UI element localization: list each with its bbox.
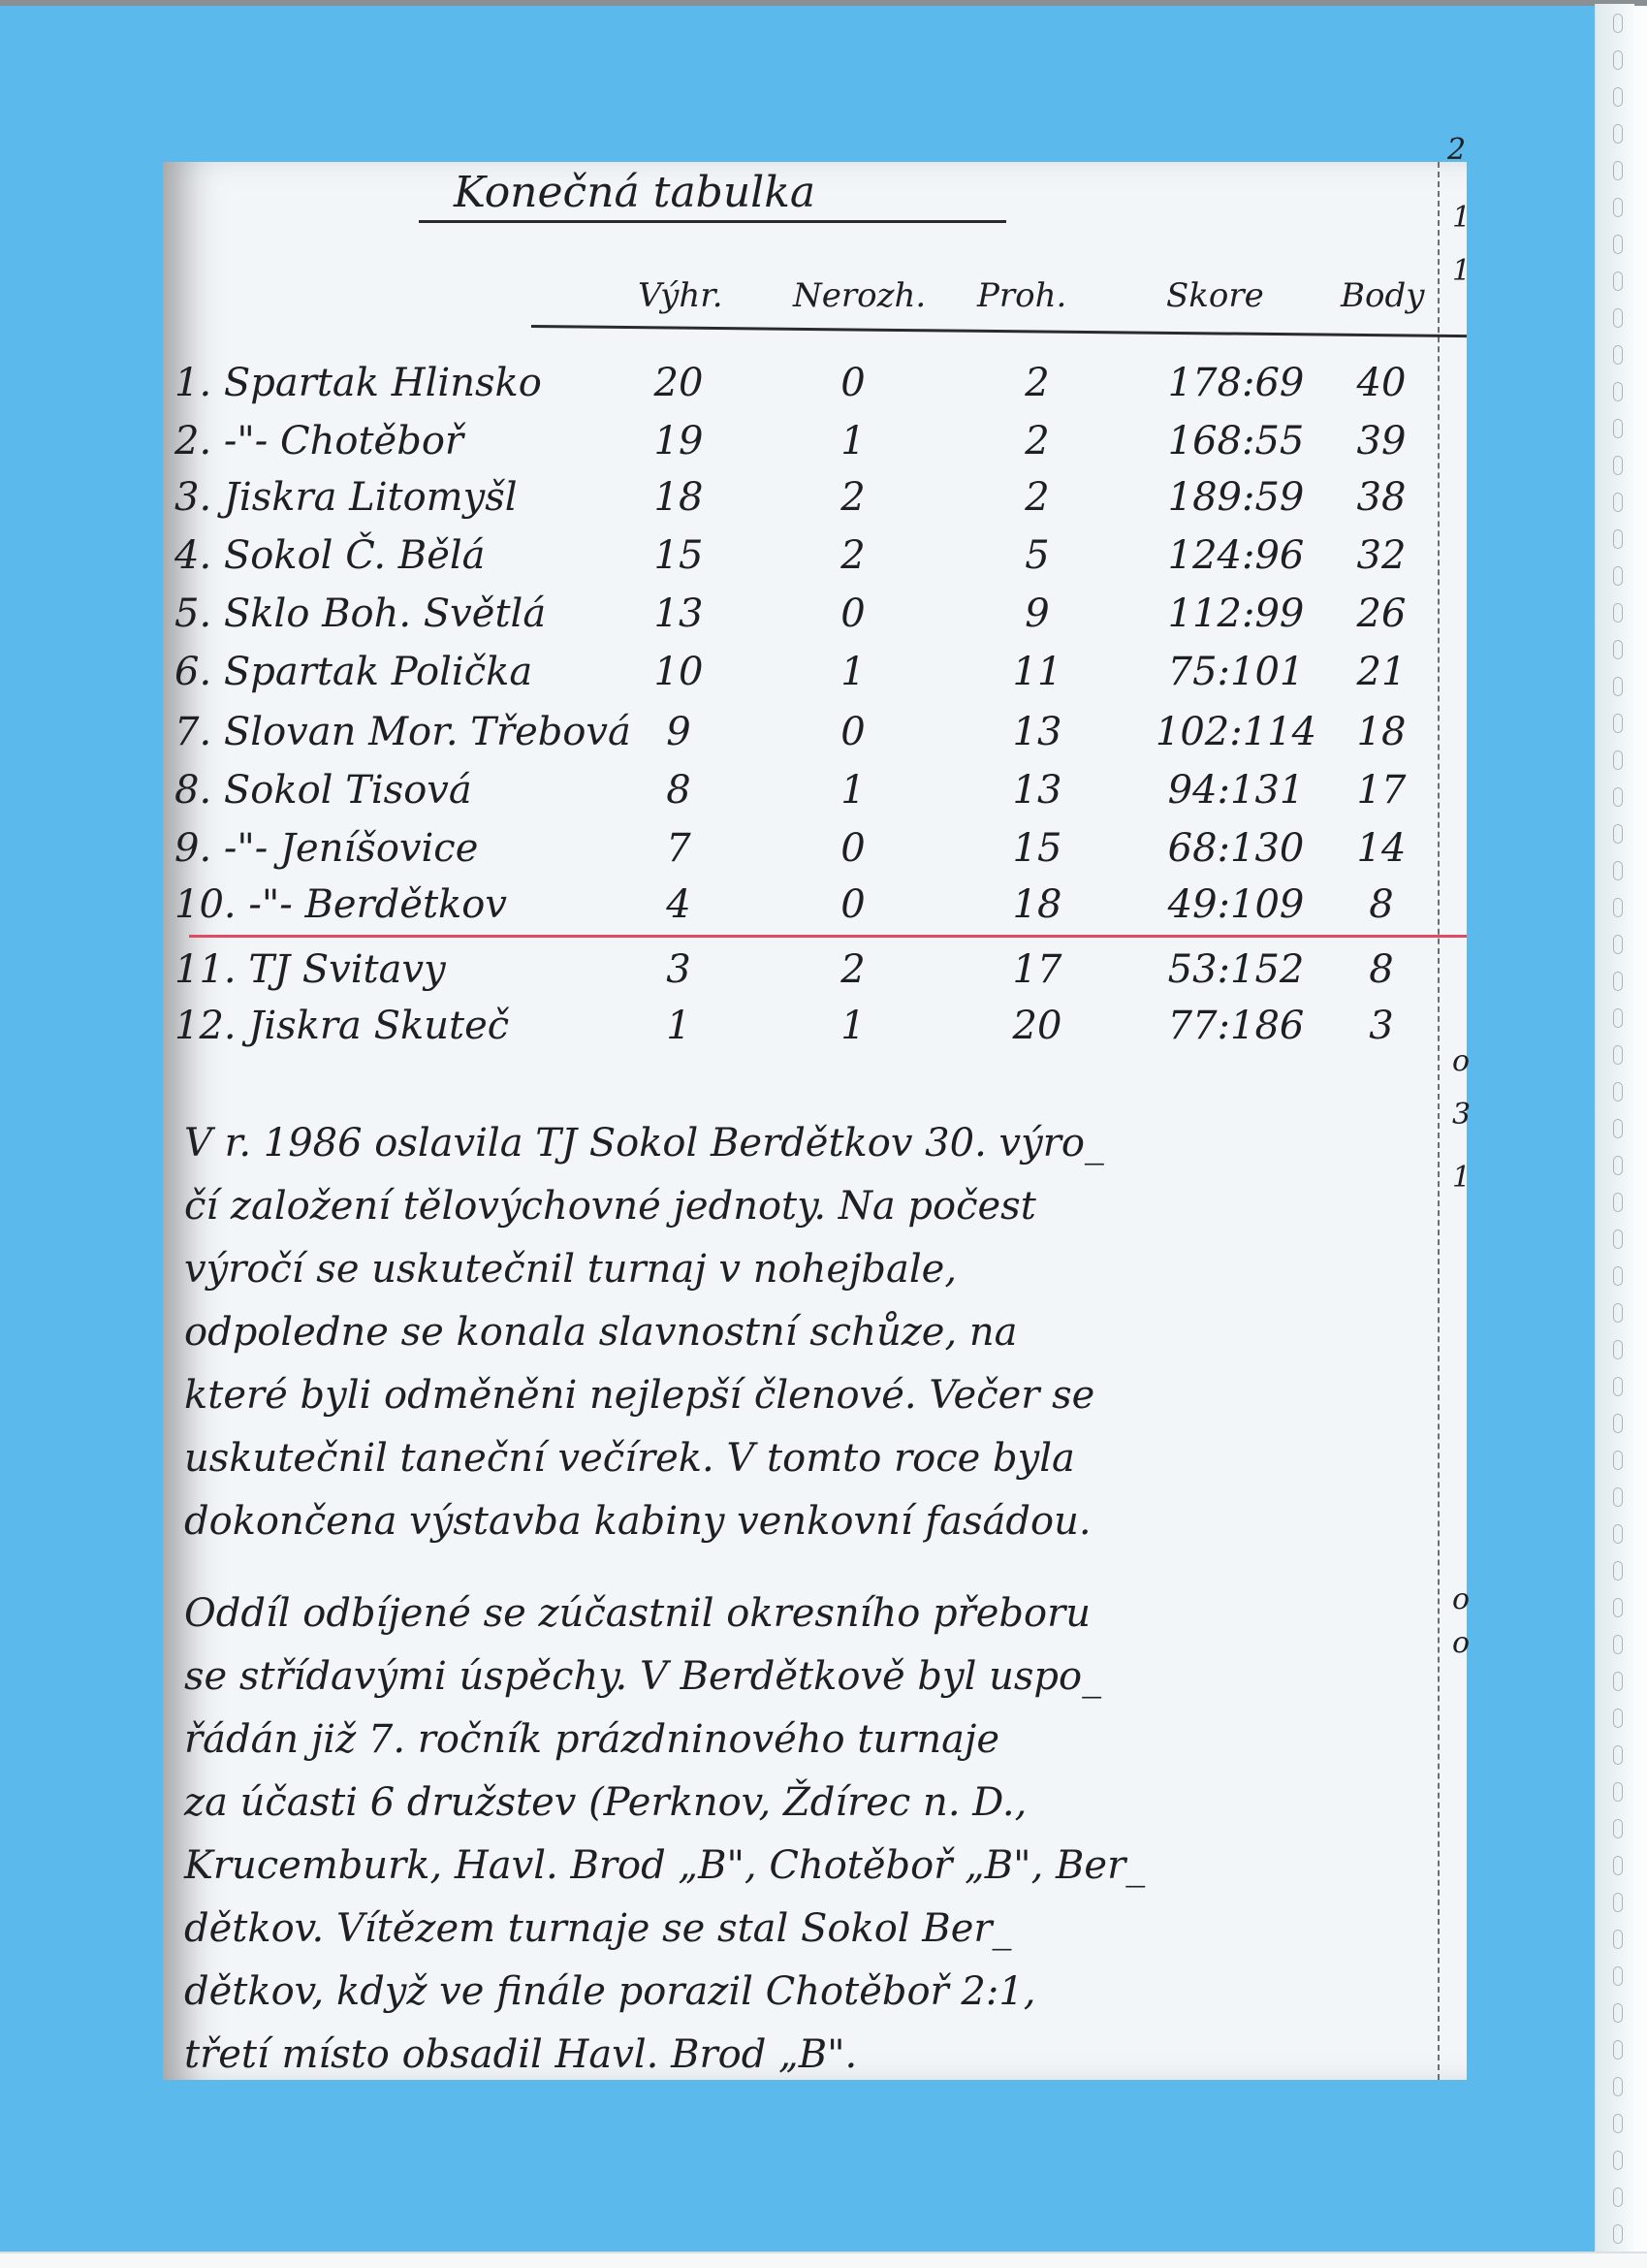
losses-cell: 20 bbox=[1003, 1004, 1071, 1048]
text-line: Oddíl odbíjené se zúčastnil okresního př… bbox=[184, 1582, 1145, 1645]
wins-cell: 9 bbox=[649, 710, 708, 754]
title-underline bbox=[419, 220, 1006, 223]
sleeve-hole bbox=[1613, 198, 1623, 217]
sleeve-hole bbox=[1613, 1856, 1623, 1875]
score-cell: 77:186 bbox=[1154, 1004, 1318, 1048]
paragraph-anniversary: V r. 1986 oslavila TJ Sokol Berdětkov 30… bbox=[184, 1112, 1104, 1553]
score-cell: 49:109 bbox=[1154, 882, 1318, 927]
scanner-bottom-edge bbox=[0, 2252, 1647, 2268]
sleeve-hole bbox=[1613, 308, 1623, 328]
points-cell: 40 bbox=[1347, 361, 1415, 405]
sleeve-hole bbox=[1613, 566, 1623, 586]
sleeve-hole bbox=[1613, 1893, 1623, 1912]
scanner-edge bbox=[0, 0, 1647, 6]
points-cell: 26 bbox=[1347, 591, 1415, 636]
sleeve-hole bbox=[1613, 751, 1623, 770]
losses-cell: 11 bbox=[1003, 650, 1071, 694]
header-underline bbox=[531, 325, 1467, 337]
losses-cell: 18 bbox=[1003, 882, 1071, 927]
score-cell: 124:96 bbox=[1154, 533, 1318, 578]
draws-cell: 0 bbox=[824, 882, 882, 927]
sleeve-hole bbox=[1613, 14, 1623, 33]
losses-cell: 2 bbox=[1003, 419, 1071, 463]
sleeve-hole bbox=[1613, 1266, 1623, 1286]
wins-cell: 10 bbox=[649, 650, 708, 694]
sleeve-hole bbox=[1613, 1930, 1623, 1949]
text-line: dětkov, když ve finále porazil Chotěboř … bbox=[184, 1961, 1145, 2024]
margin-fragment: 1 bbox=[1452, 201, 1471, 235]
sleeve-hole bbox=[1613, 972, 1623, 991]
margin-fragment: 3 bbox=[1452, 1098, 1471, 1132]
table-row: 12. Jiskra Skuteč112077:1863 bbox=[174, 1004, 1435, 1062]
draws-cell: 0 bbox=[824, 591, 882, 636]
text-line: dokončena výstavba kabiny venkovní fasád… bbox=[184, 1490, 1104, 1553]
sleeve-hole bbox=[1613, 1635, 1623, 1654]
sleeve-hole bbox=[1613, 824, 1623, 844]
score-cell: 75:101 bbox=[1154, 650, 1318, 694]
sleeve-hole bbox=[1613, 2003, 1623, 2023]
sleeve-hole bbox=[1613, 1451, 1623, 1470]
table-row: 2. -"- Chotěboř1912168:5539 bbox=[174, 419, 1435, 477]
points-cell: 38 bbox=[1347, 475, 1415, 520]
wins-cell: 7 bbox=[649, 826, 708, 871]
text-line: za účasti 6 družstev (Perknov, Ždírec n.… bbox=[184, 1772, 1145, 1835]
sleeve-hole bbox=[1613, 1377, 1623, 1396]
team-name: 7. Slovan Mor. Třebová bbox=[174, 710, 631, 754]
draws-cell: 0 bbox=[824, 361, 882, 405]
text-line: V r. 1986 oslavila TJ Sokol Berdětkov 30… bbox=[184, 1112, 1104, 1175]
points-cell: 8 bbox=[1347, 947, 1415, 992]
losses-cell: 17 bbox=[1003, 947, 1071, 992]
score-cell: 168:55 bbox=[1154, 419, 1318, 463]
column-header-points: Body bbox=[1341, 276, 1424, 315]
sleeve-hole bbox=[1613, 1487, 1623, 1507]
sleeve-hole bbox=[1613, 1303, 1623, 1323]
wins-cell: 19 bbox=[649, 419, 708, 463]
plastic-sleeve-edge bbox=[1595, 4, 1634, 2252]
table-row: 6. Spartak Polička1011175:10121 bbox=[174, 650, 1435, 708]
margin-fragment: 2 bbox=[1447, 133, 1466, 167]
sleeve-hole bbox=[1613, 1119, 1623, 1138]
points-cell: 3 bbox=[1347, 1004, 1415, 1048]
sleeve-hole bbox=[1613, 529, 1623, 549]
column-header-wins: Výhr. bbox=[638, 276, 723, 315]
table-row: 7. Slovan Mor. Třebová9013102:11418 bbox=[174, 710, 1435, 768]
table-row: 4. Sokol Č. Bělá1525124:9632 bbox=[174, 533, 1435, 591]
sleeve-hole bbox=[1613, 677, 1623, 696]
sleeve-hole bbox=[1613, 161, 1623, 180]
sleeve-hole bbox=[1613, 493, 1623, 512]
score-cell: 53:152 bbox=[1154, 947, 1318, 992]
sleeve-hole bbox=[1613, 1340, 1623, 1359]
sleeve-hole bbox=[1613, 235, 1623, 254]
draws-cell: 1 bbox=[824, 1004, 882, 1048]
table-row: 10. -"- Berdětkov401849:1098 bbox=[174, 882, 1435, 941]
text-line: Krucemburk, Havl. Brod „B", Chotěboř „B"… bbox=[184, 1835, 1145, 1898]
sleeve-hole bbox=[1613, 87, 1623, 107]
points-cell: 21 bbox=[1347, 650, 1415, 694]
sleeve-hole bbox=[1613, 1156, 1623, 1175]
score-cell: 112:99 bbox=[1154, 591, 1318, 636]
text-line: třetí místo obsadil Havl. Brod „B". bbox=[184, 2024, 1145, 2087]
margin-rule bbox=[1438, 162, 1440, 2080]
team-name: 1. Spartak Hlinsko bbox=[174, 361, 542, 405]
table-row: 11. TJ Svitavy321753:1528 bbox=[174, 947, 1435, 1006]
table-row: 8. Sokol Tisová811394:13117 bbox=[174, 768, 1435, 826]
text-line: dětkov. Vítězem turnaje se stal Sokol Be… bbox=[184, 1898, 1145, 1961]
sleeve-hole bbox=[1613, 456, 1623, 475]
sleeve-hole bbox=[1613, 1672, 1623, 1691]
text-line: výročí se uskutečnil turnaj v nohejbale, bbox=[184, 1238, 1104, 1301]
text-line: čí založení tělovýchovné jednoty. Na poč… bbox=[184, 1175, 1104, 1238]
sleeve-hole bbox=[1613, 1414, 1623, 1433]
column-header-draws: Nerozh. bbox=[793, 276, 926, 315]
column-header-losses: Proh. bbox=[977, 276, 1066, 315]
team-name: 2. -"- Chotěboř bbox=[174, 419, 463, 463]
table-row: 3. Jiskra Litomyšl1822189:5938 bbox=[174, 475, 1435, 533]
losses-cell: 5 bbox=[1003, 533, 1071, 578]
sleeve-hole bbox=[1613, 935, 1623, 954]
handwritten-page: Konečná tabulka Výhr. Nerozh. Proh. Skor… bbox=[163, 162, 1467, 2080]
team-name: 11. TJ Svitavy bbox=[174, 947, 446, 992]
score-cell: 102:114 bbox=[1154, 710, 1318, 754]
sleeve-hole bbox=[1613, 1082, 1623, 1102]
draws-cell: 0 bbox=[824, 710, 882, 754]
score-cell: 189:59 bbox=[1154, 475, 1318, 520]
sleeve-hole bbox=[1613, 898, 1623, 917]
draws-cell: 1 bbox=[824, 650, 882, 694]
table-row: 1. Spartak Hlinsko2002178:6940 bbox=[174, 361, 1435, 419]
draws-cell: 2 bbox=[824, 475, 882, 520]
page-title: Konečná tabulka bbox=[454, 168, 815, 217]
team-name: 6. Spartak Polička bbox=[174, 650, 532, 694]
sleeve-hole bbox=[1613, 50, 1623, 70]
points-cell: 17 bbox=[1347, 768, 1415, 813]
sleeve-hole bbox=[1613, 1230, 1623, 1249]
losses-cell: 13 bbox=[1003, 768, 1071, 813]
draws-cell: 1 bbox=[824, 419, 882, 463]
margin-fragment: 1 bbox=[1452, 1161, 1471, 1195]
text-line: odpoledne se konala slavnostní schůze, n… bbox=[184, 1301, 1104, 1364]
score-cell: 94:131 bbox=[1154, 768, 1318, 813]
sleeve-hole bbox=[1613, 1193, 1623, 1212]
team-name: 8. Sokol Tisová bbox=[174, 768, 472, 813]
wins-cell: 18 bbox=[649, 475, 708, 520]
sleeve-hole bbox=[1613, 1008, 1623, 1028]
sleeve-hole bbox=[1613, 2040, 1623, 2060]
points-cell: 39 bbox=[1347, 419, 1415, 463]
draws-cell: 1 bbox=[824, 768, 882, 813]
sleeve-hole bbox=[1613, 2188, 1623, 2207]
relegation-line bbox=[189, 935, 1467, 938]
wins-cell: 13 bbox=[649, 591, 708, 636]
team-name: 10. -"- Berdětkov bbox=[174, 882, 507, 927]
team-name: 3. Jiskra Litomyšl bbox=[174, 475, 518, 520]
losses-cell: 15 bbox=[1003, 826, 1071, 871]
points-cell: 32 bbox=[1347, 533, 1415, 578]
losses-cell: 2 bbox=[1003, 475, 1071, 520]
score-cell: 178:69 bbox=[1154, 361, 1318, 405]
paragraph-volleyball: Oddíl odbíjené se zúčastnil okresního př… bbox=[184, 1582, 1145, 2087]
sleeve-hole bbox=[1613, 272, 1623, 291]
draws-cell: 2 bbox=[824, 947, 882, 992]
text-line: řádán již 7. ročník prázdninového turnaj… bbox=[184, 1709, 1145, 1772]
wins-cell: 3 bbox=[649, 947, 708, 992]
text-line: které byli odměněni nejlepší členové. Ve… bbox=[184, 1364, 1104, 1427]
sleeve-hole bbox=[1613, 1045, 1623, 1065]
team-name: 4. Sokol Č. Bělá bbox=[174, 533, 486, 578]
wins-cell: 8 bbox=[649, 768, 708, 813]
sleeve-hole bbox=[1613, 1745, 1623, 1765]
points-cell: 14 bbox=[1347, 826, 1415, 871]
sleeve-hole bbox=[1613, 2077, 1623, 2096]
points-cell: 18 bbox=[1347, 710, 1415, 754]
sleeve-hole bbox=[1613, 861, 1623, 880]
sleeve-hole bbox=[1613, 787, 1623, 807]
sleeve-hole bbox=[1613, 640, 1623, 659]
losses-cell: 2 bbox=[1003, 361, 1071, 405]
table-row: 9. -"- Jeníšovice701568:13014 bbox=[174, 826, 1435, 884]
sleeve-hole bbox=[1613, 1819, 1623, 1838]
sleeve-hole bbox=[1613, 124, 1623, 144]
draws-cell: 0 bbox=[824, 826, 882, 871]
margin-fragment: o bbox=[1452, 1044, 1470, 1078]
sleeve-hole bbox=[1613, 2114, 1623, 2133]
sleeve-hole bbox=[1613, 1782, 1623, 1802]
text-line: se střídavými úspěchy. V Berdětkově byl … bbox=[184, 1645, 1145, 1709]
sleeve-hole bbox=[1613, 1561, 1623, 1581]
sleeve-hole bbox=[1613, 1709, 1623, 1728]
sleeve-hole bbox=[1613, 1966, 1623, 1986]
sleeve-hole bbox=[1613, 419, 1623, 438]
score-cell: 68:130 bbox=[1154, 826, 1318, 871]
wins-cell: 4 bbox=[649, 882, 708, 927]
column-header-score: Skore bbox=[1166, 276, 1264, 315]
draws-cell: 2 bbox=[824, 533, 882, 578]
wins-cell: 20 bbox=[649, 361, 708, 405]
sleeve-hole bbox=[1613, 603, 1623, 623]
points-cell: 8 bbox=[1347, 882, 1415, 927]
margin-fragment: o bbox=[1452, 1626, 1470, 1660]
sleeve-hole bbox=[1613, 2224, 1623, 2244]
sleeve-hole bbox=[1613, 345, 1623, 365]
losses-cell: 9 bbox=[1003, 591, 1071, 636]
sleeve-hole bbox=[1613, 1524, 1623, 1544]
losses-cell: 13 bbox=[1003, 710, 1071, 754]
margin-fragment: o bbox=[1452, 1582, 1470, 1616]
team-name: 12. Jiskra Skuteč bbox=[174, 1004, 509, 1048]
sleeve-hole bbox=[1613, 714, 1623, 733]
team-name: 9. -"- Jeníšovice bbox=[174, 826, 478, 871]
table-row: 5. Sklo Boh. Světlá1309112:9926 bbox=[174, 591, 1435, 650]
margin-fragment: 1 bbox=[1452, 254, 1471, 288]
sleeve-hole bbox=[1613, 2151, 1623, 2170]
wins-cell: 1 bbox=[649, 1004, 708, 1048]
sleeve-hole bbox=[1613, 1598, 1623, 1617]
team-name: 5. Sklo Boh. Světlá bbox=[174, 591, 546, 636]
sleeve-hole bbox=[1613, 382, 1623, 401]
text-line: uskutečnil taneční večírek. V tomto roce… bbox=[184, 1427, 1104, 1490]
wins-cell: 15 bbox=[649, 533, 708, 578]
